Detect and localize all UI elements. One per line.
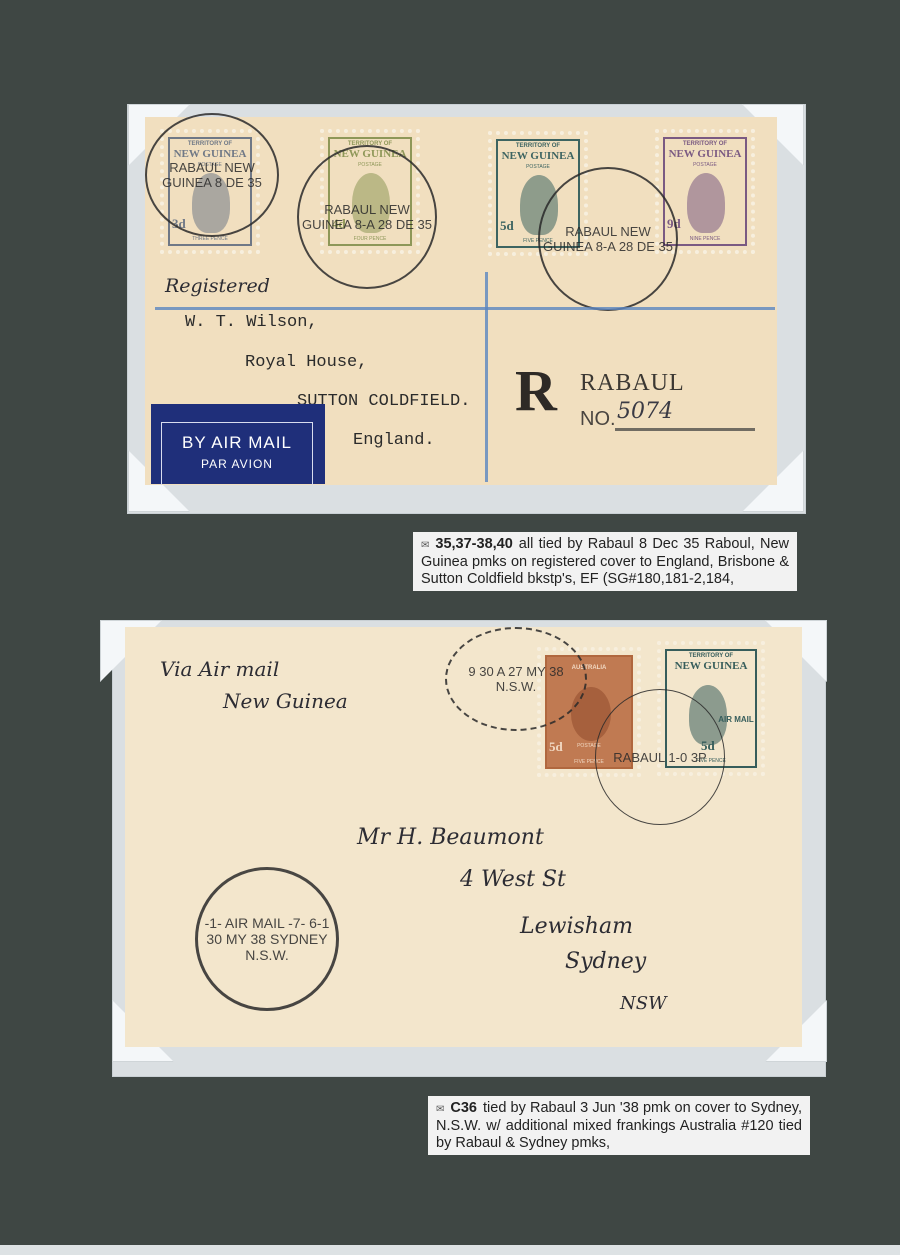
address-line: Royal House, — [245, 353, 367, 372]
registration-crossline — [485, 272, 488, 482]
registration-crossline — [155, 307, 775, 310]
address-line: 4 West St — [460, 867, 566, 892]
address-line: Mr H. Beaumont — [357, 825, 544, 850]
registration-town: RABAUL — [580, 370, 685, 397]
airmail-cover: Via Air mail New Guinea AUSTRALIA POSTAG… — [125, 627, 802, 1047]
address-line: Sydney — [565, 949, 646, 974]
handwritten-note: Via Air mail — [160, 657, 279, 681]
address-line: W. T. Wilson, — [185, 313, 318, 332]
catalog-number: 35,37-38,40 — [435, 536, 512, 552]
envelope-icon: ✉ — [436, 1104, 444, 1115]
registration-number: 5074 — [617, 399, 673, 424]
registration-letter: R — [515, 357, 557, 424]
address-line: England. — [353, 431, 435, 450]
bird-of-paradise-icon — [687, 173, 725, 233]
address-line: Lewisham — [520, 914, 633, 939]
airmail-etiquette: BY AIR MAIL PAR AVION — [151, 404, 325, 484]
rabaul-postmark: RABAUL NEW GUINEA 8-A 28 DE 35 — [538, 167, 678, 311]
handwritten-note: New Guinea — [223, 689, 348, 713]
rabaul-postmark: RABAUL 1-0 3P — [595, 689, 725, 825]
rabaul-postmark: RABAUL NEW GUINEA 8 DE 35 — [145, 113, 279, 237]
registration-no-label: NO. — [580, 408, 616, 431]
page-edge — [0, 1245, 900, 1255]
rabaul-postmark: RABAUL NEW GUINEA 8-A 28 DE 35 — [297, 145, 437, 289]
registered-note: Registered — [165, 275, 270, 297]
address-line: NSW — [620, 993, 667, 1014]
catalog-number: C36 — [450, 1100, 477, 1116]
caption-1: ✉35,37-38,40all tied by Rabaul 8 Dec 35 … — [413, 532, 797, 591]
caption-text: tied by Rabaul 3 Jun '38 pmk on cover to… — [436, 1100, 802, 1151]
sydney-airmail-postmark: -1- AIR MAIL -7- 6-1 30 MY 38 SYDNEY N.S… — [195, 867, 339, 1011]
nsw-postmark: 9 30 A 27 MY 38 N.S.W. — [445, 627, 587, 731]
registration-underline — [615, 428, 755, 431]
envelope-icon: ✉ — [421, 540, 429, 551]
caption-2: ✉C36tied by Rabaul 3 Jun '38 pmk on cove… — [428, 1096, 810, 1155]
